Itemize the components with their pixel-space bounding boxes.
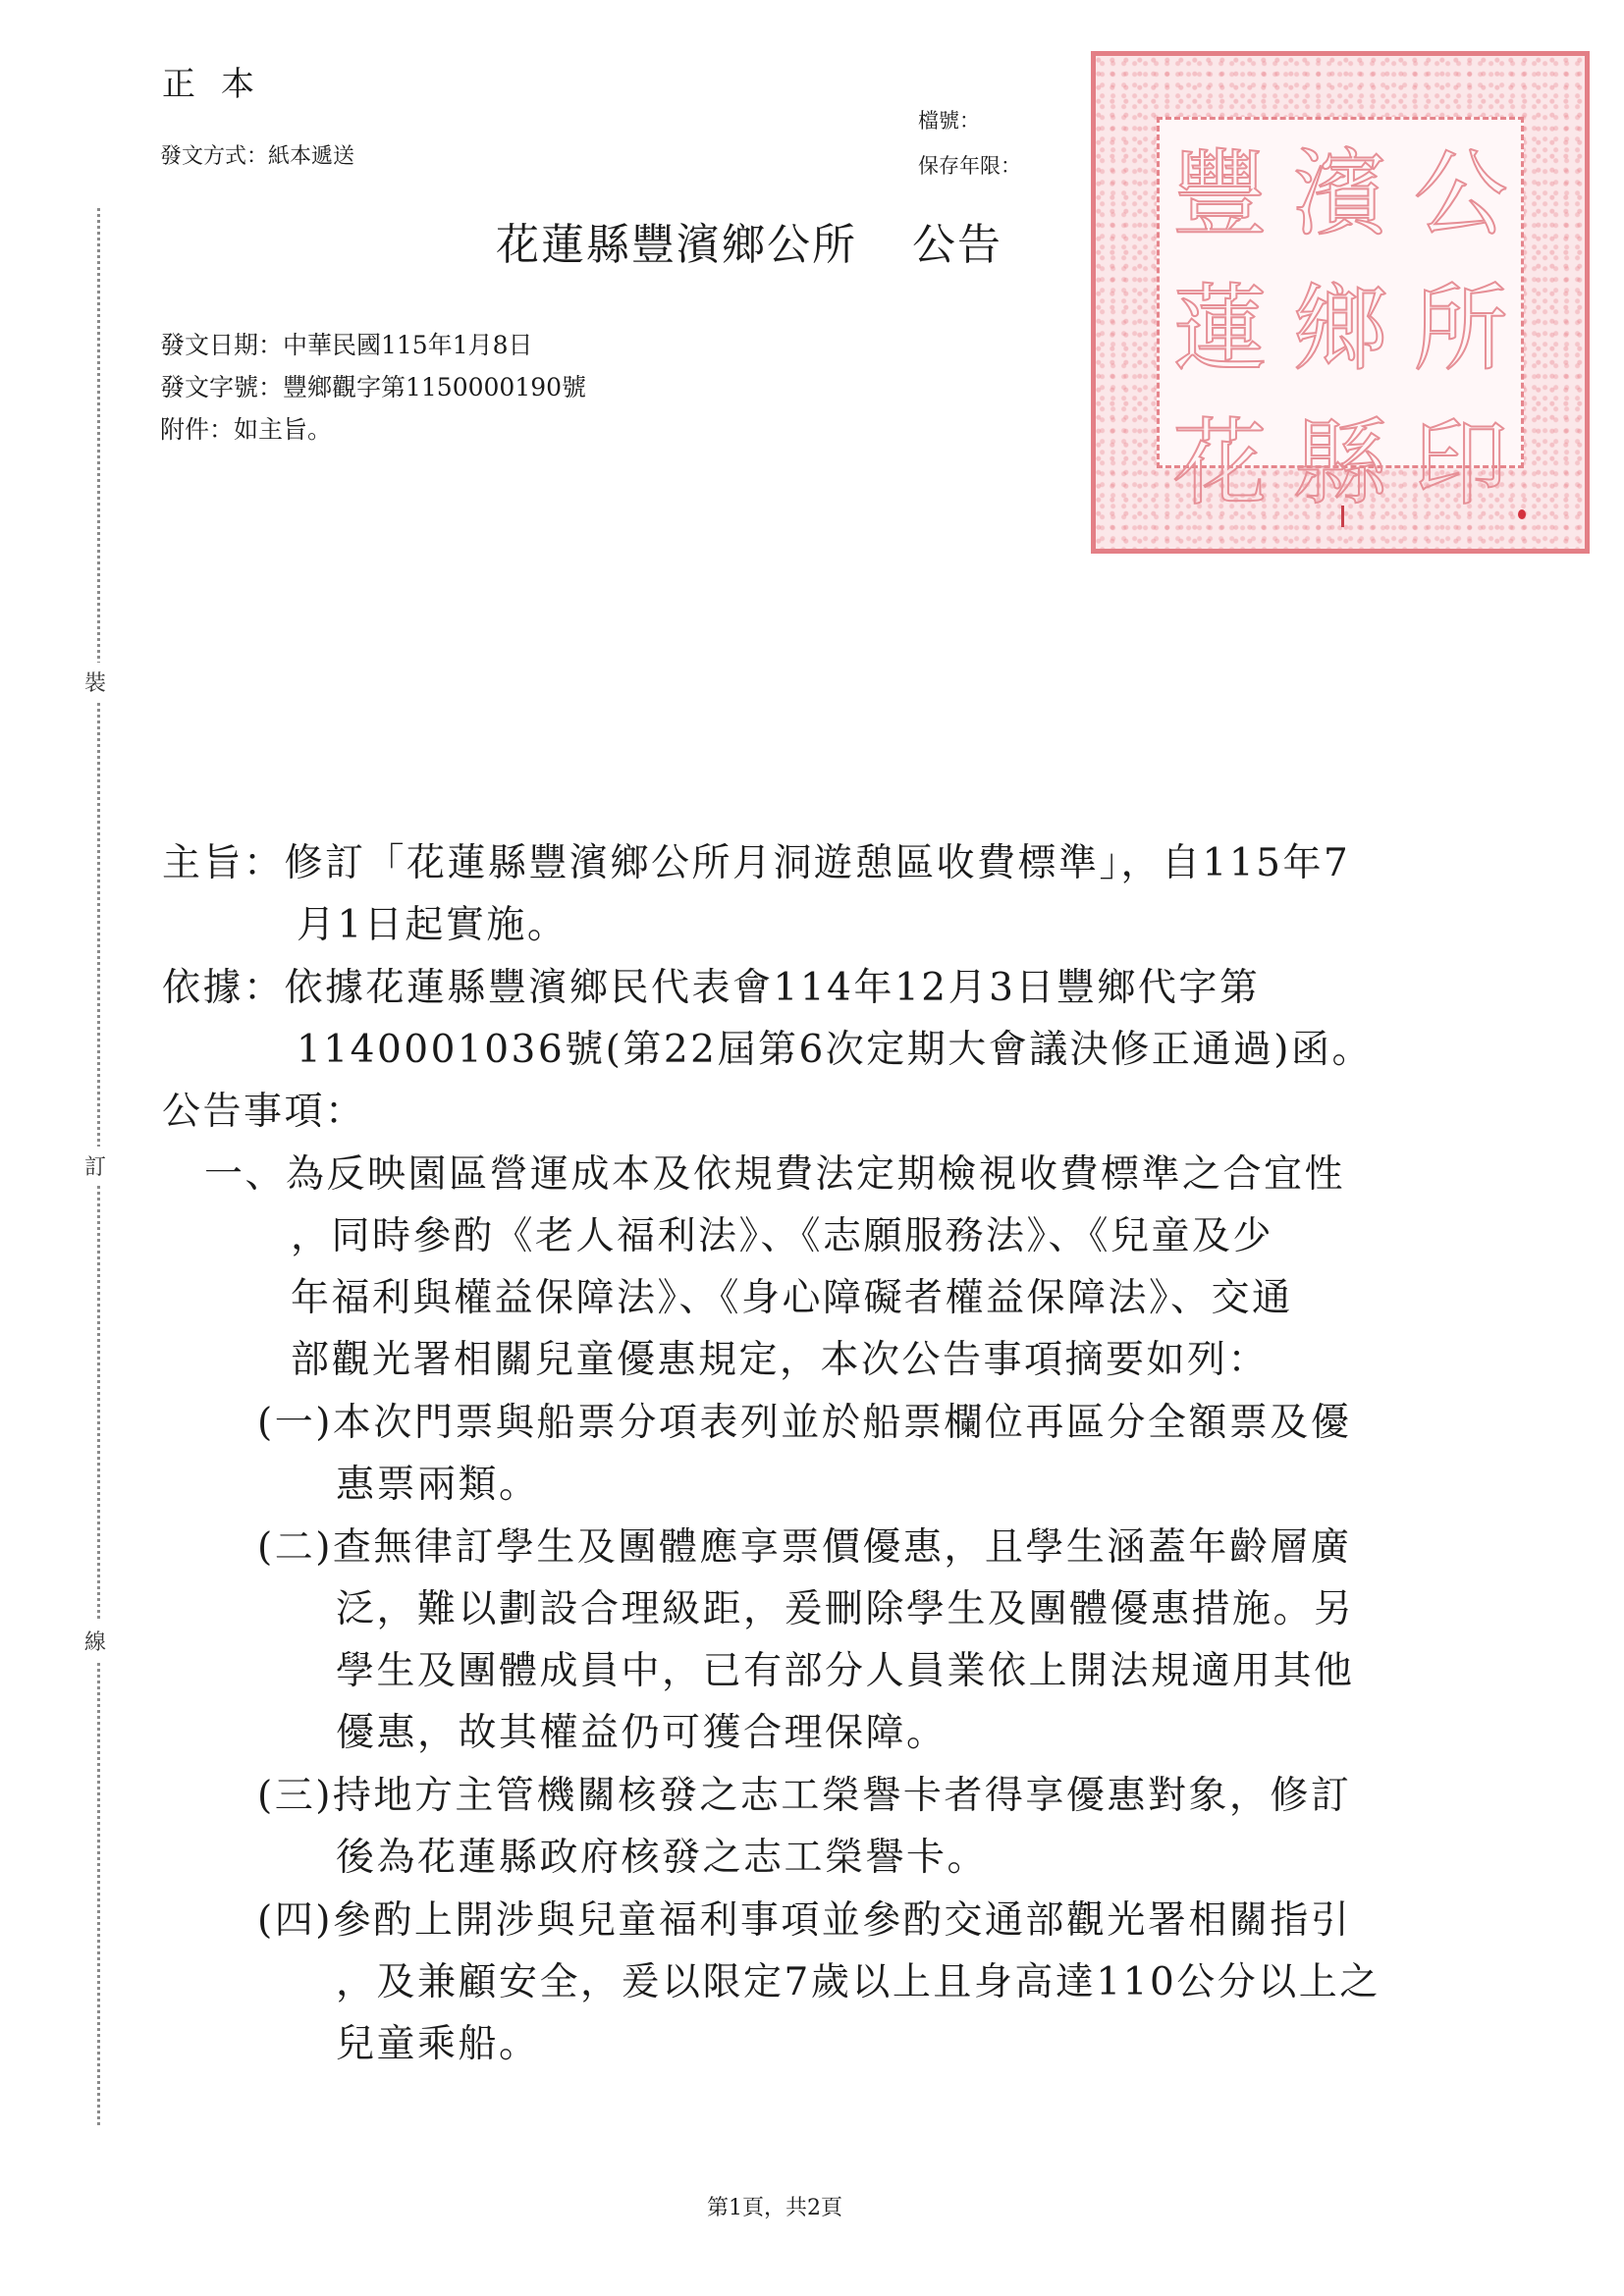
- binding-label-bind: 裝: [84, 663, 106, 701]
- page-title: 花蓮縣豐濱鄉公所公告: [496, 209, 1002, 272]
- sub-item-line: 優惠，故其權益仍可獲合理保障。: [336, 1702, 947, 1757]
- basis-line: 依據：依據花蓮縣豐濱鄉民代表會114年12月3日豐鄉代字第: [162, 957, 1260, 1012]
- item-line: 年福利與權益保障法》、《身心障礙者權益保障法》、交通: [291, 1267, 1293, 1322]
- seal-char: 豐: [1160, 120, 1280, 254]
- sub-item-line: (三)持地方主管機關核發之志工榮譽卡者得享優惠對象，修訂: [257, 1765, 1351, 1820]
- item-line: 一、為反映園區營運成本及依規費法定期檢視收費標準之合宜性: [204, 1144, 1345, 1199]
- sub-item-line: 學生及團體成員中，已有部分人員業依上開法規適用其他: [336, 1640, 1355, 1695]
- subject-line: 月1日起實施。: [297, 894, 568, 949]
- seal-char: 濱: [1280, 120, 1401, 254]
- archive-info: 檔號： 保存年限：: [918, 98, 1021, 188]
- item-line: ，同時參酌《老人福利法》、《志願服務法》、《兒童及少: [291, 1205, 1273, 1260]
- subject-line: 主旨：修訂「花蓮縣豐濱鄉公所月洞遊憩區收費標準」，自115年7: [162, 832, 1350, 887]
- sub-item-line: 泛，難以劃設合理級距，爰刪除學生及團體優惠措施。另: [336, 1578, 1355, 1633]
- binding-label-line: 線: [84, 1622, 106, 1660]
- attachment-note: 附件：如主旨。: [160, 408, 586, 451]
- item-line: 部觀光署相關兒童優惠規定，本次公告事項摘要如列：: [291, 1329, 1269, 1384]
- document-meta: 發文日期：中華民國115年1月8日 發文字號：豐鄉觀字第1150000190號 …: [160, 324, 586, 451]
- seal-inner-frame: 豐 濱 公 蓮 鄉 所 花 縣 印: [1157, 117, 1524, 468]
- sub-item-line: 兒童乘船。: [336, 2013, 540, 2068]
- sub-item-line: (四)參酌上開涉與兒童福利事項並參酌交通部觀光署相關指引: [257, 1890, 1351, 1945]
- document-type: 公告: [912, 220, 1002, 270]
- copy-type-label: 正本: [162, 57, 280, 105]
- archive-number-label: 檔號：: [918, 98, 1021, 143]
- issue-date: 發文日期：中華民國115年1月8日: [160, 324, 586, 366]
- seal-char: 蓮: [1160, 254, 1280, 389]
- sub-item-line: 後為花蓮縣政府核發之志工榮譽卡。: [336, 1827, 988, 1882]
- basis-line: 1140001036號(第22屆第6次定期大會議決修正通過)函。: [297, 1019, 1373, 1074]
- seal-char: 印: [1400, 389, 1521, 523]
- sub-item-line: 惠票兩類。: [336, 1454, 540, 1509]
- retention-period-label: 保存年限：: [918, 143, 1021, 188]
- organization-name: 花蓮縣豐濱鄉公所: [496, 220, 857, 270]
- seal-mark: [1341, 506, 1344, 527]
- page-number: 第1頁，共2頁: [707, 2191, 842, 2221]
- announcement-heading: 公告事項：: [162, 1081, 366, 1136]
- sub-item-line: (一)本次門票與船票分項表列並於船票欄位再區分全額票及優: [257, 1392, 1351, 1447]
- sub-item-line: (二)查無律訂學生及團體應享票價優惠，且學生涵蓋年齡層廣: [257, 1517, 1351, 1572]
- binding-label-staple: 訂: [84, 1147, 106, 1185]
- seal-char: 所: [1400, 254, 1521, 389]
- seal-char: 縣: [1280, 389, 1401, 523]
- seal-char: 公: [1400, 120, 1521, 254]
- sub-item-line: ，及兼顧安全，爰以限定7歲以上且身高達110公分以上之: [336, 1951, 1380, 2006]
- send-method: 發文方式：紙本遞送: [160, 139, 354, 170]
- seal-char: 花: [1160, 389, 1280, 523]
- official-seal-stamp: 豐 濱 公 蓮 鄉 所 花 縣 印: [1091, 51, 1590, 554]
- reference-number: 發文字號：豐鄉觀字第1150000190號: [160, 366, 586, 408]
- seal-dot: [1518, 509, 1526, 519]
- seal-char: 鄉: [1280, 254, 1401, 389]
